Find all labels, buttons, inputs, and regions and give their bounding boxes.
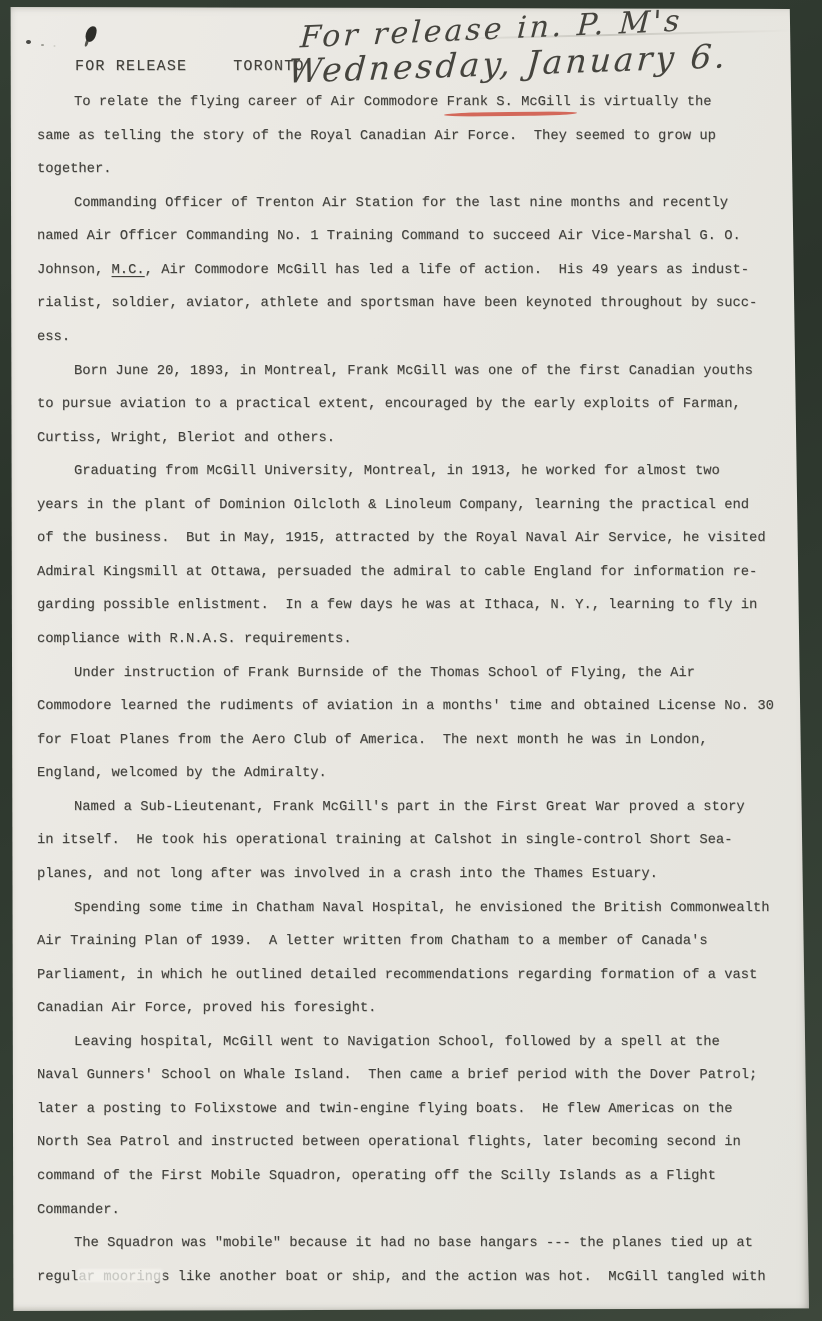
body-line: Named a Sub-Lieutenant, Frank McGill's p… [37, 791, 799, 825]
underlined-abbreviation: M.C. [112, 263, 145, 278]
body-text-segment: later a posting to Folixstowe and twin-e… [37, 1102, 732, 1117]
paper-smudge [77, 1269, 163, 1282]
body-line: Naval Gunners' School on Whale Island. T… [37, 1059, 799, 1093]
body-line: of the business. But in May, 1915, attra… [37, 522, 799, 556]
body-line: Under instruction of Frank Burnside of t… [37, 657, 799, 691]
body-text-segment: Under instruction of Frank Burnside of t… [74, 666, 695, 681]
body-text-segment: of the business. But in May, 1915, attra… [37, 531, 766, 546]
body-line: England, welcomed by the Admiralty. [37, 757, 799, 791]
body-text-segment: garding possible enlistment. In a few da… [37, 598, 757, 613]
body-text-segment: to pursue aviation to a practical extent… [37, 397, 741, 412]
body-line: together. [37, 153, 799, 187]
body-text-segment: compliance with R.N.A.S. requirements. [37, 632, 352, 647]
body-line: Curtiss, Wright, Bleriot and others. [37, 422, 799, 456]
body-line: Commander. [37, 1194, 799, 1228]
body-line: Commodore learned the rudiments of aviat… [37, 690, 799, 724]
ink-mark [26, 40, 31, 44]
body-line: rialist, soldier, aviator, athlete and s… [37, 287, 799, 321]
body-text-segment: rialist, soldier, aviator, athlete and s… [37, 296, 757, 311]
body-text-segment: Commander. [37, 1203, 120, 1218]
photo-mat: For release in. P. M's Wednesday, Januar… [0, 0, 822, 1321]
body-text-segment: ess. [37, 330, 70, 345]
location-label: TORONTO [233, 58, 304, 75]
body-line: in itself. He took his operational train… [37, 824, 799, 858]
body-line: Johnson, M.C., Air Commodore McGill has … [37, 254, 799, 288]
body-line: The Squadron was "mobile" because it had… [37, 1227, 799, 1261]
body-text-segment: planes, and not long after was involved … [37, 867, 658, 882]
body-text-segment: Commanding Officer of Trenton Air Statio… [74, 196, 728, 211]
body-line: ess. [37, 321, 799, 355]
body-text-segment: named Air Officer Commanding No. 1 Train… [37, 229, 741, 244]
ink-blot [84, 25, 98, 43]
body-line: North Sea Patrol and instructed between … [37, 1126, 799, 1160]
body-line: later a posting to Folixstowe and twin-e… [37, 1093, 799, 1127]
body-line: Admiral Kingsmill at Ottawa, persuaded t… [37, 556, 799, 590]
body-text-segment: command of the First Mobile Squadron, op… [37, 1169, 716, 1184]
body-line: Graduating from McGill University, Montr… [37, 455, 799, 489]
body-text-segment: for Float Planes from the Aero Club of A… [37, 733, 708, 748]
body-line: same as telling the story of the Royal C… [37, 120, 799, 154]
body-text-segment: To relate the flying career of Air Commo… [74, 95, 447, 110]
body-line: Born June 20, 1893, in Montreal, Frank M… [37, 355, 799, 389]
body-text-segment: Johnson, [37, 263, 112, 278]
body-text-segment: Naval Gunners' School on Whale Island. T… [37, 1068, 757, 1083]
body-text-segment: The Squadron was "mobile" because it had… [74, 1236, 753, 1251]
body-line: Canadian Air Force, proved his foresight… [37, 992, 799, 1026]
body-line: Parliament, in which he outlined detaile… [37, 959, 799, 993]
body-text-segment: Curtiss, Wright, Bleriot and others. [37, 431, 335, 446]
body-text-segment: together. [37, 162, 112, 177]
body-line: command of the First Mobile Squadron, op… [37, 1160, 799, 1194]
body-text-segment: years in the plant of Dominion Oilcloth … [37, 498, 749, 513]
body-text-segment: is virtually the [571, 95, 712, 110]
body-line: years in the plant of Dominion Oilcloth … [37, 489, 799, 523]
body-text-segment: , Air Commodore McGill has led a life of… [145, 263, 749, 278]
body-line: garding possible enlistment. In a few da… [37, 589, 799, 623]
body-line: planes, and not long after was involved … [37, 858, 799, 892]
body-line: to pursue aviation to a practical extent… [37, 388, 799, 422]
body-text-segment: same as telling the story of the Royal C… [37, 129, 716, 144]
body-line: compliance with R.N.A.S. requirements. [37, 623, 799, 657]
body-text-segment: Leaving hospital, McGill went to Navigat… [74, 1035, 720, 1050]
body-text-segment: Air Training Plan of 1939. A letter writ… [37, 934, 708, 949]
body-line: To relate the flying career of Air Commo… [37, 86, 799, 120]
red-underlined-name: Frank S. McGill [447, 95, 571, 110]
body-text-segment: Admiral Kingsmill at Ottawa, persuaded t… [37, 565, 757, 580]
body-text-segment: Canadian Air Force, proved his foresight… [37, 1001, 376, 1016]
body-text-segment: in itself. He took his operational train… [37, 833, 732, 848]
release-label: FOR RELEASE [75, 58, 187, 75]
body-line: Spending some time in Chatham Naval Hosp… [37, 892, 799, 926]
typed-body: To relate the flying career of Air Commo… [37, 86, 799, 1294]
body-line: Commanding Officer of Trenton Air Statio… [37, 187, 799, 221]
body-text-segment: Named a Sub-Lieutenant, Frank McGill's p… [74, 800, 745, 815]
body-text-segment: Graduating from McGill University, Montr… [74, 464, 720, 479]
body-line: for Float Planes from the Aero Club of A… [37, 724, 799, 758]
body-line: Air Training Plan of 1939. A letter writ… [37, 925, 799, 959]
body-text-segment: Born June 20, 1893, in Montreal, Frank M… [74, 364, 753, 379]
body-text-segment: North Sea Patrol and instructed between … [37, 1135, 741, 1150]
typed-header: FOR RELEASE TORONTO [75, 58, 305, 75]
body-text-segment: Parliament, in which he outlined detaile… [37, 968, 757, 983]
body-line: named Air Officer Commanding No. 1 Train… [37, 220, 799, 254]
body-text-segment: Spending some time in Chatham Naval Hosp… [74, 901, 769, 916]
body-text-segment: Commodore learned the rudiments of aviat… [37, 699, 774, 714]
document-page: For release in. P. M's Wednesday, Januar… [9, 7, 809, 1311]
body-text-segment: England, welcomed by the Admiralty. [37, 766, 327, 781]
body-line: Leaving hospital, McGill went to Navigat… [37, 1026, 799, 1060]
